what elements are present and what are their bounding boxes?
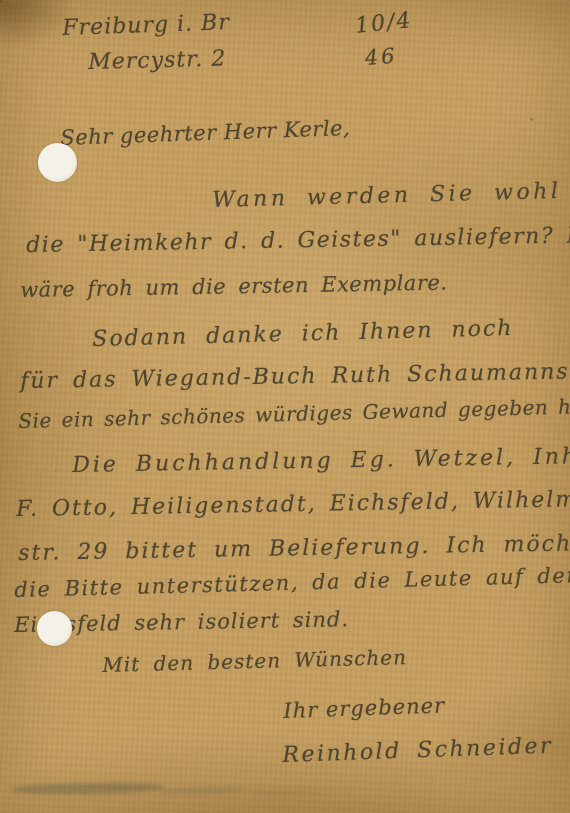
body-line: Sodann danke ich Ihnen noch [92,316,514,352]
body-line: Wann werden Sie wohl [212,179,562,213]
body-line: für das Wiegand-Buch Ruth Schaumanns, de… [20,358,570,394]
body-line: Die Buchhandlung Eg. Wetzel, Inh. [72,444,570,478]
graphite-smudge [250,789,320,795]
salutation: Sehr geehrter Herr Kerle, [60,116,351,150]
body-line: F. Otto, Heiligenstadt, Eichsfeld, Wilhe… [16,487,570,522]
punch-hole-top [38,143,77,182]
body-line: wäre froh um die ersten Exemplare. [20,271,448,302]
body-line: str. 29 bittet um Belieferung. Ich möcht… [18,531,570,566]
paper-specks [0,0,3,3]
scanned-letter: Freiburg i. Br Mercystr. 2 10/4 46 Sehr … [0,0,570,813]
graphite-smudge [12,782,164,796]
body-line: die "Heimkehr d. d. Geistes" ausliefern?… [26,223,570,258]
body-line: die Bitte unterstützen, da die Leute auf… [14,563,570,602]
closing-line: Mit den besten Wünschen [102,645,407,677]
date-line-1: 10/4 [354,8,414,39]
sender-place-line-1: Freiburg i. Br [62,10,230,41]
signature: Reinhold Schneider [282,734,553,768]
date-line-2: 46 [364,44,398,70]
graphite-smudge [158,786,248,795]
sender-place-line-2: Mercystr. 2 [88,46,227,75]
punch-hole-bottom [37,611,72,646]
valediction-line: Ihr ergebener [283,693,445,723]
body-line: Sie ein sehr schönes würdiges Gewand geg… [18,393,570,433]
